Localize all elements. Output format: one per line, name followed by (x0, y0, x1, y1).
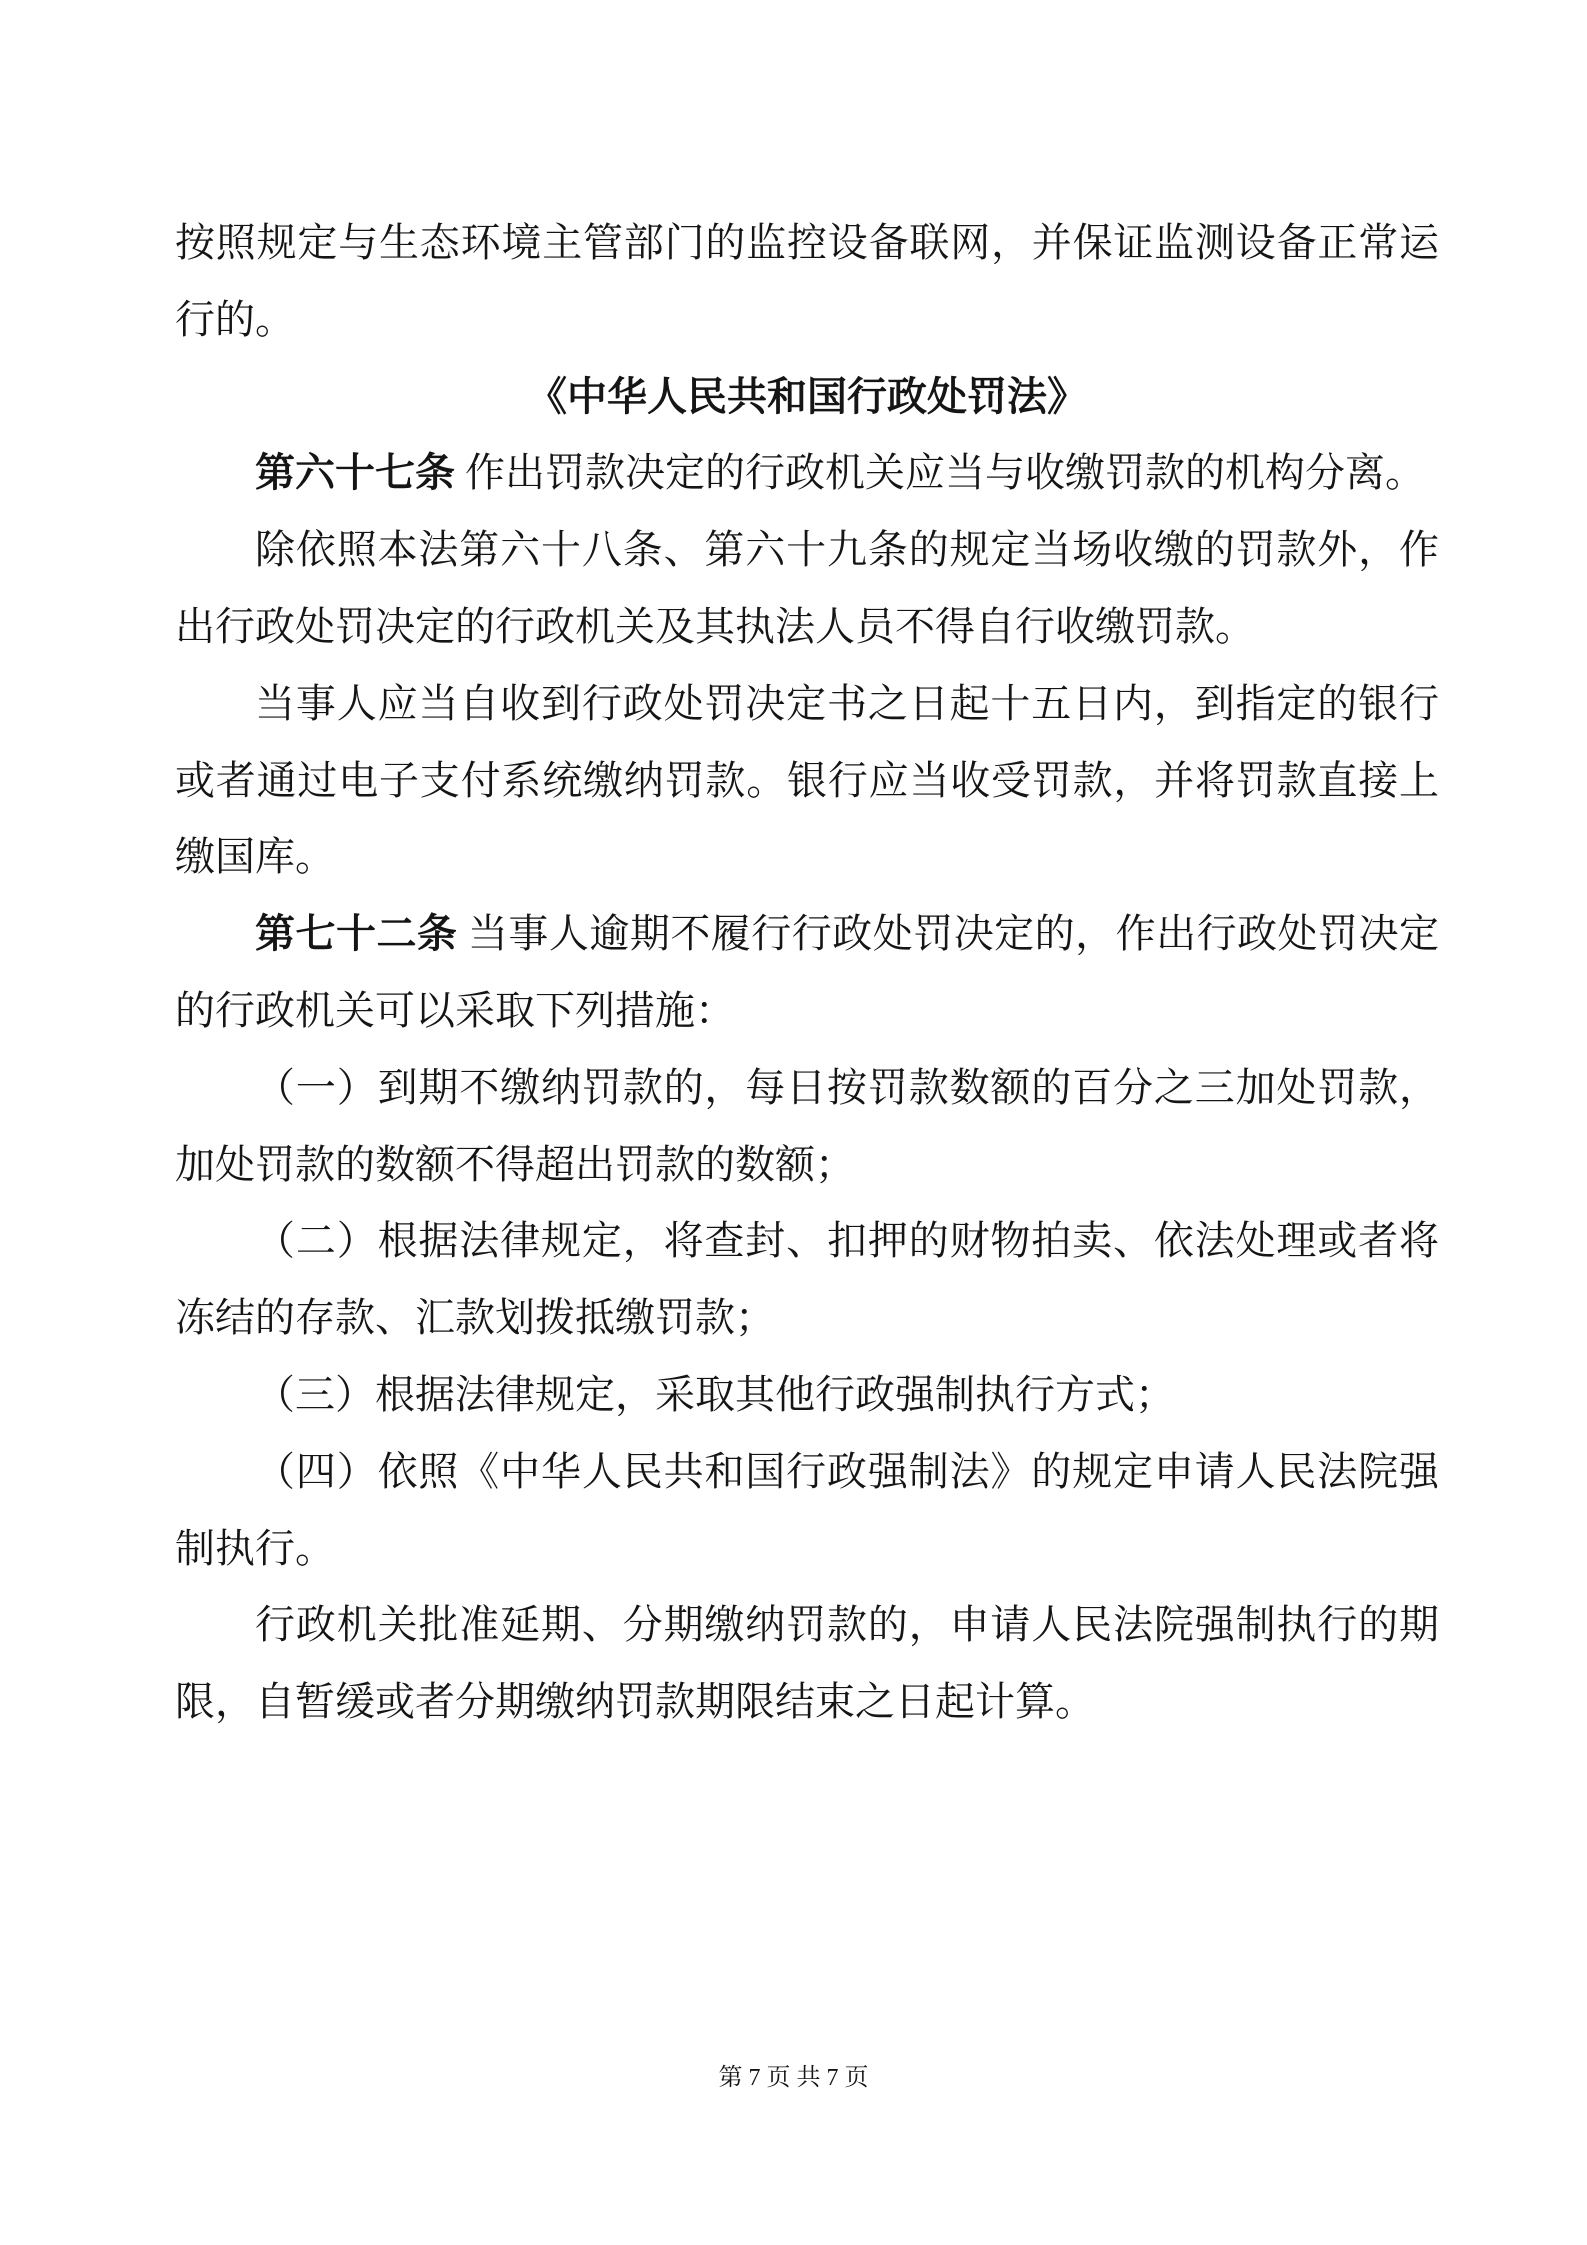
paragraph-continuation: 按照规定与生态环境主管部门的监控设备联网，并保证监测设备正常运行的。 (175, 205, 1439, 359)
paragraph-item-3: （三）根据法律规定，采取其他行政强制执行方式； (175, 1357, 1439, 1434)
paragraph-article-67-clause-2: 除依照本法第六十八条、第六十九条的规定当场收缴的罚款外，作出行政处罚决定的行政机… (175, 512, 1439, 666)
paragraph-article-67-clause-3: 当事人应当自收到行政处罚决定书之日起十五日内，到指定的银行或者通过电子支付系统缴… (175, 666, 1439, 896)
paragraph-item-2: （二）根据法律规定，将查封、扣押的财物拍卖、依法处理或者将冻结的存款、汇款划拨抵… (175, 1203, 1439, 1357)
paragraph-item-1: （一）到期不缴纳罚款的，每日按罚款数额的百分之三加处罚款，加处罚款的数额不得超出… (175, 1050, 1439, 1204)
article-67-text: 作出罚款决定的行政机关应当与收缴罚款的机构分离。 (455, 450, 1425, 495)
article-72-number: 第七十二条 (255, 911, 457, 956)
paragraph-article-67: 第六十七条 作出罚款决定的行政机关应当与收缴罚款的机构分离。 (175, 435, 1439, 512)
paragraph-article-72: 第七十二条 当事人逾期不履行行政处罚决定的，作出行政处罚决定的行政机关可以采取下… (175, 896, 1439, 1050)
paragraph-article-72-final-clause: 行政机关批准延期、分期缴纳罚款的，申请人民法院强制执行的期限，自暂缓或者分期缴纳… (175, 1587, 1439, 1741)
paragraph-item-4: （四）依照《中华人民共和国行政强制法》的规定申请人民法院强制执行。 (175, 1434, 1439, 1588)
document-body: 按照规定与生态环境主管部门的监控设备联网，并保证监测设备正常运行的。 《中华人民… (175, 205, 1439, 1741)
page-number-footer: 第 7 页 共 7 页 (0, 2062, 1587, 2094)
article-67-number: 第六十七条 (255, 450, 455, 495)
law-title-heading: 《中华人民共和国行政处罚法》 (175, 359, 1439, 436)
document-page: 按照规定与生态环境主管部门的监控设备联网，并保证监测设备正常运行的。 《中华人民… (0, 0, 1587, 2245)
